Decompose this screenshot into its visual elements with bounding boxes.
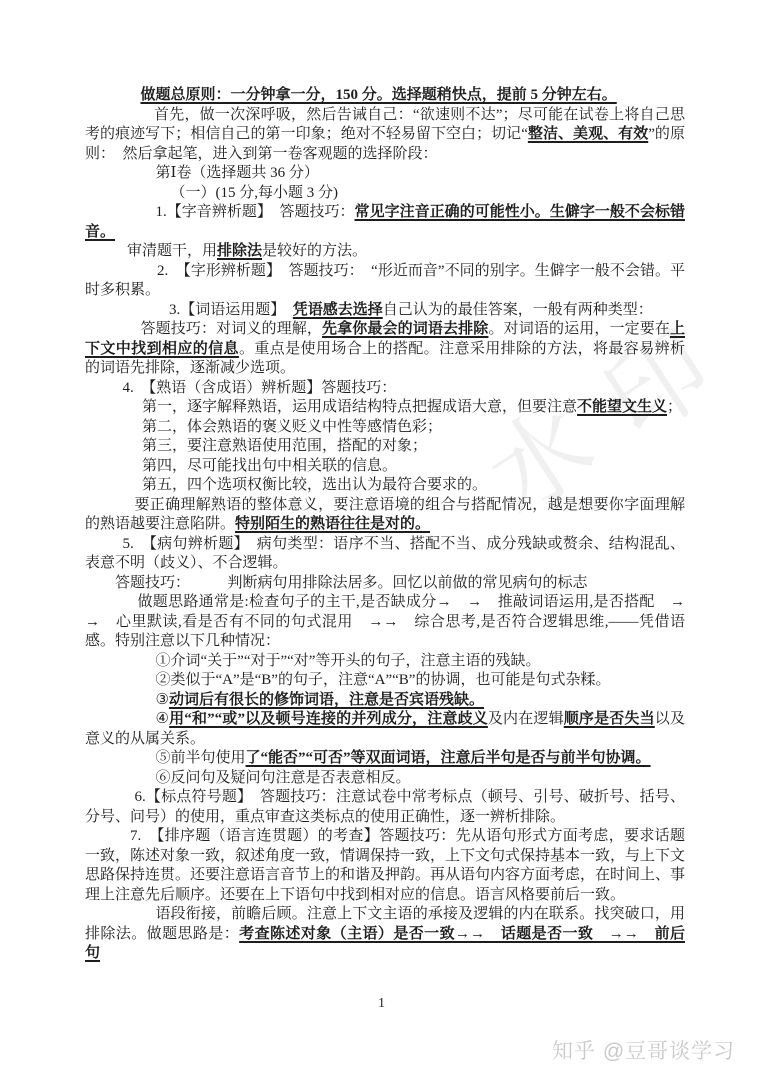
emphasis-text: 不能望文生义 [577,399,667,415]
text-run: ； [667,399,682,415]
paragraph: 审清题干，用排除法是较好的方法。 [85,242,685,262]
text-run: 1.【字音辨析题】 答题技巧： [156,204,355,220]
paragraph: 3.【词语运用题】 凭语感去选择自己认为的最佳答案，一般有两种类型： [85,301,685,321]
text-run: 6.【标点符号题】 答题技巧：注意试卷中常考标点（顿号、引号、破折号、括号、分号… [85,789,685,825]
zhihu-author-watermark: 知乎 @豆哥谈学习 [552,1035,735,1065]
text-run: 4. 【熟语（含成语）辨析题】答题技巧： [123,380,397,396]
paragraph: 5. 【病句辨析题】 病句类型：语序不当、搭配不当、成分残缺或赘余、结构混乱、表… [85,535,685,574]
document-page: { "page": { "number": "1" }, "watermarks… [0,0,763,1080]
paragraph: 做题总原则：一分钟拿一分，150 分。选择题稍快点，提前 5 分钟左右。 [85,86,685,106]
text-run: 审清题干，用 [127,243,217,259]
emphasis-text: 先拿你最会的词语去排除 [322,321,488,337]
paragraph: ②类似于“A”是“B”的句子，注意“A”“B”的协调，也可能是句式杂糅。 [85,671,685,691]
document-body: 做题总原则：一分钟拿一分，150 分。选择题稍快点，提前 5 分钟左右。首先，做… [85,86,685,964]
emphasis-text: 顺序是否失当 [564,711,655,727]
text-run: 自己认为的最佳答案，一般有两种类型： [383,302,653,318]
text-run: ⑥反问句及疑问句注意是否表意相反。 [156,770,411,786]
paragraph: 答题技巧： 判断病句用排除法居多。回忆以前做的常见病句的标志 [85,574,685,594]
paragraph: 首先，做一次深呼吸，然后告诫自己：“欲速则不达”；尽可能在试卷上将自己思考的痕迹… [85,106,685,165]
text-run: 。对词语的运用，一定要在 [488,321,670,337]
text-run: 7. 【排序题（语言连贯题）的考查】答题技巧：先从语句形式方面考虑，要求话题一致… [85,828,685,903]
paragraph: 第Ⅰ卷（选择题共 36 分） [85,164,685,184]
text-run: 第二，体会熟语的褒义贬义中性等感情色彩； [142,419,442,435]
paragraph: ③动词后有很长的修饰词语，注意是否宾语残缺。 [85,691,685,711]
emphasis-text: 用“和”“或”以及顿号连接的并列成分，注意歧义 [169,711,488,727]
paragraph: 语段衔接，前瞻后顾。注意上下文主语的承接及逻辑的内在联系。找突破口，用排除法。做… [85,905,685,964]
text-run: ③ [156,692,169,708]
paragraph: 第四，尽可能找出句中相关联的信息。 [85,457,685,477]
paragraph: 2. 【字形辨析题】 答题技巧： “形近而音”不同的别字。生僻字一般不会错。平时… [85,262,685,301]
text-run: 5. 【病句辨析题】 病句类型：语序不当、搭配不当、成分残缺或赘余、结构混乱、表… [85,536,685,572]
text-run: 3.【词语运用题】 [169,302,293,318]
text-run: 答题技巧：对词义的理解， [141,321,323,337]
paragraph: 要正确理解熟语的整体意义，要注意语境的组合与搭配情况，越是想要你字面理解的熟语越… [85,496,685,535]
text-run: 做题思路通常是:检查句子的主干,是否缺成分→ → 推敲词语运用,是否搭配 → →… [85,594,700,649]
text-run: 是较好的方法。 [262,243,367,259]
paragraph: 第一，逐字解释熟语，运用成语结构特点把握成语大意，但要注意不能望文生义； [85,398,685,418]
text-run: 第三，要注意熟语使用范围，搭配的对象； [142,438,427,454]
emphasis-text: 整洁、美观、有效 [528,126,648,142]
paragraph: （一）(15 分,每小题 3 分) [85,184,685,204]
paragraph: 做题思路通常是:检查句子的主干,是否缺成分→ → 推敲词语运用,是否搭配 → →… [85,593,685,652]
emphasis-text: 做题总原则：一分钟拿一分，150 分。选择题稍快点，提前 5 分钟左右。 [141,87,617,103]
paragraph: ④用“和”“或”以及顿号连接的并列成分，注意歧义及内在逻辑顺序是否失当以及意义的… [85,710,685,749]
text-run: 答题技巧： 判断病句用排除法居多。回忆以前做的常见病句的标志 [115,575,588,591]
paragraph: 答题技巧：对词义的理解，先拿你最会的词语去排除。对词语的运用，一定要在上下文中找… [85,320,685,379]
text-run: ②类似于“A”是“B”的句子，注意“A”“B”的协调，也可能是句式杂糅。 [156,672,611,688]
text-run: ④ [156,711,170,727]
paragraph: ⑤前半句使用了“能否”“可否”等双面词语，注意后半句是否与前半句协调。 [85,749,685,769]
text-run: 2. 【字形辨析题】 答题技巧： “形近而音”不同的别字。生僻字一般不会错。平时… [85,263,685,299]
paragraph: 第三，要注意熟语使用范围，搭配的对象； [85,437,685,457]
emphasis-text: 凭语感去选择 [293,302,383,318]
text-run: 第五，四个选项权衡比较，选出认为最符合要求的。 [142,477,487,493]
emphasis-text: 特别陌生的熟语往往是对的。 [235,516,430,532]
emphasis-text: 了“能否”“可否”等双面词语，注意后半句是否与前半句协调。 [246,750,651,766]
page-number: 1 [0,996,763,1012]
text-run: （一）(15 分,每小题 3 分) [171,185,339,201]
paragraph: 6.【标点符号题】 答题技巧：注意试卷中常考标点（顿号、引号、破折号、括号、分号… [85,788,685,827]
emphasis-text: 排除法 [217,243,262,259]
text-run: 第四，尽可能找出句中相关联的信息。 [142,458,397,474]
text-run: 第一，逐字解释熟语，运用成语结构特点把握成语大意，但要注意 [142,399,577,415]
paragraph: 7. 【排序题（语言连贯题）的考查】答题技巧：先从语句形式方面考虑，要求话题一致… [85,827,685,905]
text-run: 及内在逻辑 [488,711,564,727]
paragraph: ⑥反问句及疑问句注意是否表意相反。 [85,769,685,789]
paragraph: 4. 【熟语（含成语）辨析题】答题技巧： [85,379,685,399]
text-run: ⑤前半句使用 [156,750,246,766]
paragraph: 第五，四个选项权衡比较，选出认为最符合要求的。 [85,476,685,496]
text-run: ①介词“关于”“对于”“对”等开头的句子，注意主语的残缺。 [156,653,541,669]
emphasis-text: 动词后有很长的修饰词语，注意是否宾语残缺。 [169,692,484,708]
paragraph: 第二，体会熟语的褒义贬义中性等感情色彩； [85,418,685,438]
text-run: 第Ⅰ卷（选择题共 36 分） [156,165,319,181]
paragraph: ①介词“关于”“对于”“对”等开头的句子，注意主语的残缺。 [85,652,685,672]
paragraph: 1.【字音辨析题】 答题技巧：常见字注音正确的可能性小。生僻字一般不会标错音。 [85,203,685,242]
